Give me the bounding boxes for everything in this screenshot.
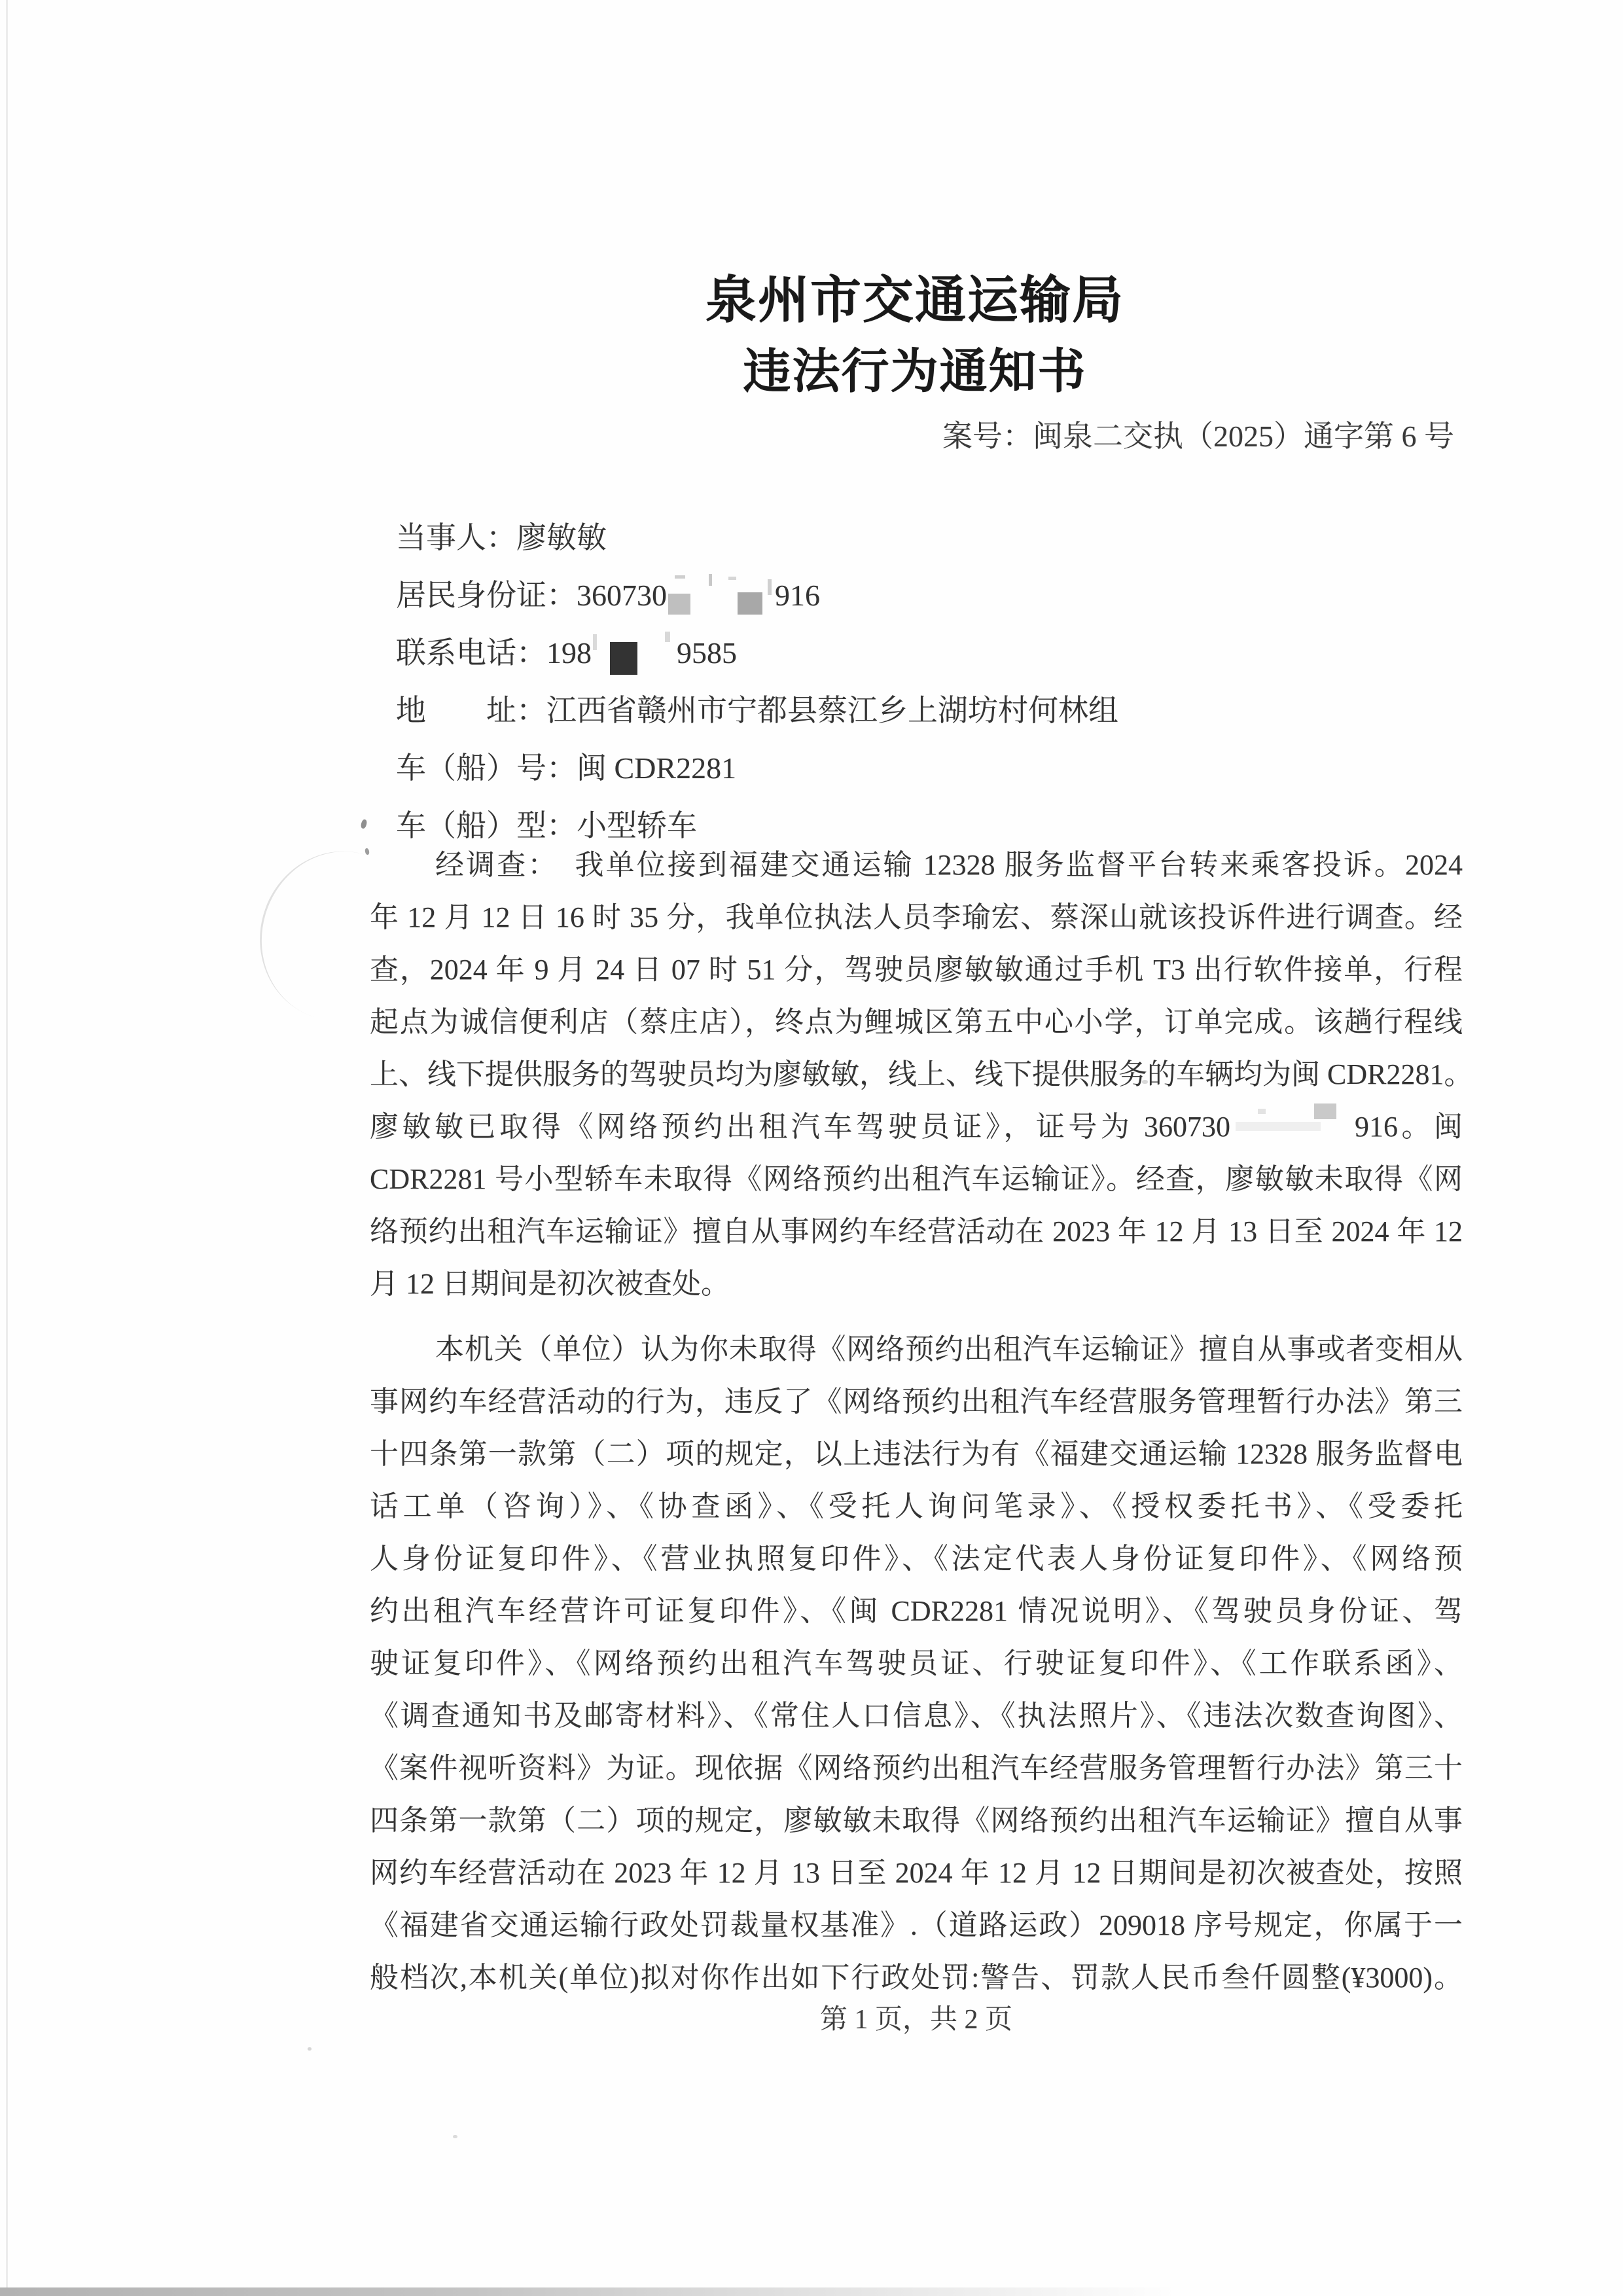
text-line: 人身份证复印件》、《营业执照复印件》、《法定代表人身份证复印件》、《网络预	[370, 1533, 1463, 1585]
text-line: 事网约车经营活动的行为，违反了《网络预约出租汽车经营服务管理暂行办法》第三	[370, 1376, 1463, 1428]
document-title-line1: 泉州市交通运输局	[366, 259, 1463, 332]
text-line: 《福建省交通运输行政处罚裁量权基准》.（道路运政）209018 序号规定，你属于…	[370, 1899, 1463, 1952]
scan-speck	[453, 2135, 457, 2138]
text-line: 联系电话：1989585	[396, 624, 1469, 682]
text-line: 上、线下提供服务的驾驶员均为廖敏敏，线上、线下提供服务的车辆均为闽 CDR228…	[370, 1049, 1463, 1101]
redaction-blur-cert	[1230, 1103, 1355, 1140]
text-line: 年 12 月 12 日 16 时 35 分，我单位执法人员李瑜宏、蔡深山就该投诉…	[370, 891, 1463, 944]
text-line: 地 址：江西省赣州市宁都县蔡江乡上湖坊村何林组	[396, 682, 1469, 740]
redaction-blur-id	[667, 574, 775, 616]
text-line: 本机关（单位）认为你未取得《网络预约出租汽车运输证》擅自从事或者变相从	[370, 1323, 1463, 1376]
text-line: 约出租汽车经营许可证复印件》、《闽 CDR2281 情况说明》、《驾驶员身份证、…	[370, 1585, 1463, 1638]
text-line: 车（船）号：闽 CDR2281	[396, 740, 1469, 797]
page-number-footer: 第 1 页，共 2 页	[370, 1998, 1463, 2037]
scan-edge-left-line	[6, 0, 8, 2296]
scan-speck	[1142, 1080, 1148, 1084]
document-title-line2: 违法行为通知书	[366, 332, 1463, 401]
text-line: 般档次,本机关(单位)拟对你作出如下行政处罚:警告、罚款人民币叁仟圆整(¥300…	[370, 1952, 1463, 2004]
text-line: 驶证复印件》、《网络预约出租汽车驾驶员证、行驶证复印件》、《工作联系函》、	[370, 1638, 1463, 1690]
text-line: 十四条第一款第（二）项的规定，以上违法行为有《福建交通运输 12328 服务监督…	[370, 1428, 1463, 1480]
text-line: 经调查： 我单位接到福建交通运输 12328 服务监督平台转来乘客投诉。2024	[370, 839, 1463, 891]
text-line: 月 12 日期间是初次被查处。	[370, 1258, 1463, 1310]
investigation-paragraph: 经调查： 我单位接到福建交通运输 12328 服务监督平台转来乘客投诉。2024…	[370, 839, 1463, 1310]
scan-speck	[365, 848, 370, 855]
text-line: 《调查通知书及邮寄材料》、《常住人口信息》、《执法照片》、《违法次数查询图》、	[370, 1690, 1463, 1742]
text-line: 《案件视听资料》为证。现依据《网络预约出租汽车经营服务管理暂行办法》第三十	[370, 1742, 1463, 1795]
scanned-notice-page: 泉州市交通运输局 违法行为通知书 案号：闽泉二交执（2025）通字第 6 号 当…	[0, 0, 1623, 2296]
text-line: 网约车经营活动在 2023 年 12 月 13 日至 2024 年 12 月 1…	[370, 1847, 1463, 1899]
text-line: 四条第一款第（二）项的规定，廖敏敏未取得《网络预约出租汽车运输证》擅自从事	[370, 1795, 1463, 1847]
decision-paragraph: 本机关（单位）认为你未取得《网络预约出租汽车运输证》擅自从事或者变相从事网约车经…	[370, 1323, 1463, 2004]
text-line: 起点为诚信便利店（蔡庄店），终点为鲤城区第五中心小学，订单完成。该趟行程线	[370, 996, 1463, 1049]
text-line: 话工单（咨询）》、《协查函》、《受托人询问笔录》、《授权委托书》、《受委托	[370, 1480, 1463, 1533]
scan-edge-bottom-line	[0, 2287, 1178, 2296]
redaction-black-box	[592, 632, 677, 675]
party-info-section: 当事人：廖敏敏居民身份证：360730916联系电话：1989585地 址：江西…	[396, 509, 1469, 855]
scan-speck	[308, 2047, 312, 2051]
text-line: 当事人：廖敏敏	[396, 509, 1469, 567]
scan-speck	[360, 819, 367, 829]
text-line: 络预约出租汽车运输证》擅自从事网约车经营活动在 2023 年 12 月 13 日…	[370, 1206, 1463, 1258]
text-line: 查，2024 年 9 月 24 日 07 时 51 分，驾驶员廖敏敏通过手机 T…	[370, 944, 1463, 996]
case-number: 案号：闽泉二交执（2025）通字第 6 号	[366, 412, 1463, 456]
text-line: 居民身份证：360730916	[396, 567, 1469, 624]
text-line: CDR2281 号小型轿车未取得《网络预约出租汽车运输证》。经查，廖敏敏未取得《…	[370, 1153, 1463, 1206]
text-line: 廖敏敏已取得《网络预约出租汽车驾驶员证》，证号为 360730916。闽	[370, 1101, 1463, 1153]
